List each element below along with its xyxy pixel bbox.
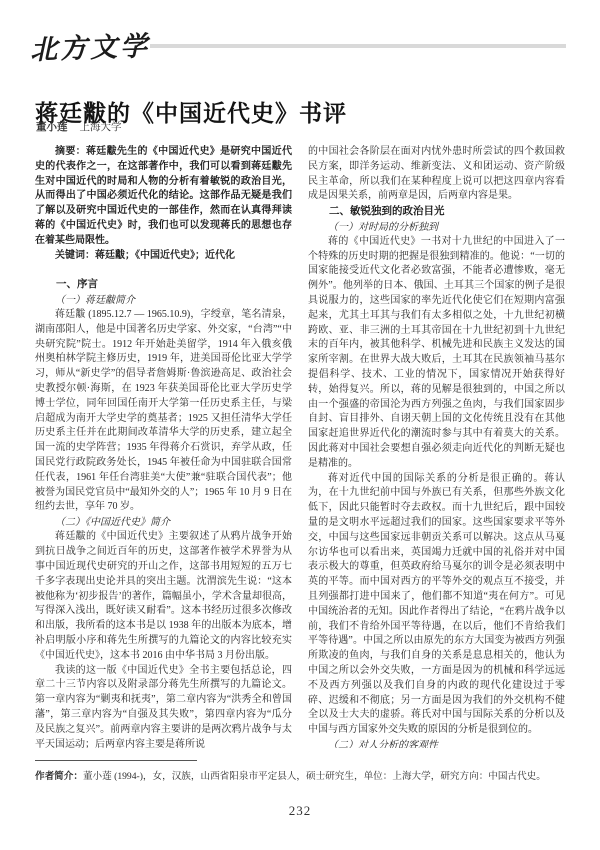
journal-page: 北方文学 蒋廷黻的《中国近代史》书评 董小莲上海大学 摘要：蒋廷黻先生的《中国近…: [0, 0, 600, 850]
body-paragraph: 蒋廷黻 (1895.12.7 — 1965.10.9)，字绶章，笔名清泉，湖南邵…: [35, 308, 292, 515]
keywords-line: 关键词：蒋廷黻；《中国近代史》；近代化: [35, 249, 292, 264]
body-paragraph: 我读的这一版《中国近代史》全书主要包括总论，四章二十三节内容以及附录部分蒋先生所…: [35, 664, 292, 748]
section-heading-preface: 一、序言: [35, 277, 292, 293]
footnote-divider: [35, 760, 197, 761]
author-bio-label: 作者简介：: [35, 771, 83, 782]
body-paragraph: 蒋对近代中国的国际关系的分析是很正确的。蒋认为，在十九世纪前中国与外族已有关系，…: [308, 472, 565, 738]
author-name: 董小莲: [36, 122, 68, 133]
page-number: 232: [0, 803, 600, 819]
sub-heading-people-objectivity: （二）对人分析的客观性: [308, 738, 565, 748]
sub-heading-jiang-bio: （一）蒋廷黻简介: [35, 293, 292, 308]
body-paragraph: 蒋的《中国近代史》一书对十九世纪的中国进入了一个特殊的历史时期的把握是很独到精准…: [308, 235, 565, 472]
sub-heading-situation-analysis: （一）对时局的分析独到: [308, 220, 565, 235]
header-rule: [150, 44, 566, 48]
column-right: 的中国社会各阶层在面对内忧外患时所尝试的四个救国救民方案，即洋务运动、维新变法、…: [308, 145, 565, 748]
sub-heading-book-intro: （二）《中国近代史》简介: [35, 515, 292, 530]
author-bio: 作者简介：董小莲 (1994-)，女，汉族，山西省阳泉市平定县人，硕士研究生，单…: [35, 768, 575, 782]
journal-logo: 北方文学: [29, 24, 150, 67]
body-paragraph-continuation: 的中国社会各阶层在面对内忧外患时所尝试的四个救国救民方案，即洋务运动、维新变法、…: [308, 145, 565, 204]
section-heading-political-vision: 二、敏锐独到的政治目光: [308, 204, 565, 220]
abstract-paragraph: 摘要：蒋廷黻先生的《中国近代史》是研究中国近代史的代表作之一，在这部著作中，我们…: [35, 145, 292, 249]
author-affiliation: 上海大学: [80, 122, 122, 133]
body-paragraph: 蒋廷黻的《中国近代史》主要叙述了从鸦片战争开始到抗日战争之间近百年的历史，这部著…: [35, 530, 292, 663]
author-bio-text: 董小莲 (1994-)，女，汉族，山西省阳泉市平定县人，硕士研究生，单位：上海大…: [83, 771, 546, 782]
article-body: 摘要：蒋廷黻先生的《中国近代史》是研究中国近代史的代表作之一，在这部著作中，我们…: [35, 145, 565, 748]
author-line: 董小莲上海大学: [36, 119, 122, 134]
column-left: 摘要：蒋廷黻先生的《中国近代史》是研究中国近代史的代表作之一，在这部著作中，我们…: [35, 145, 292, 748]
